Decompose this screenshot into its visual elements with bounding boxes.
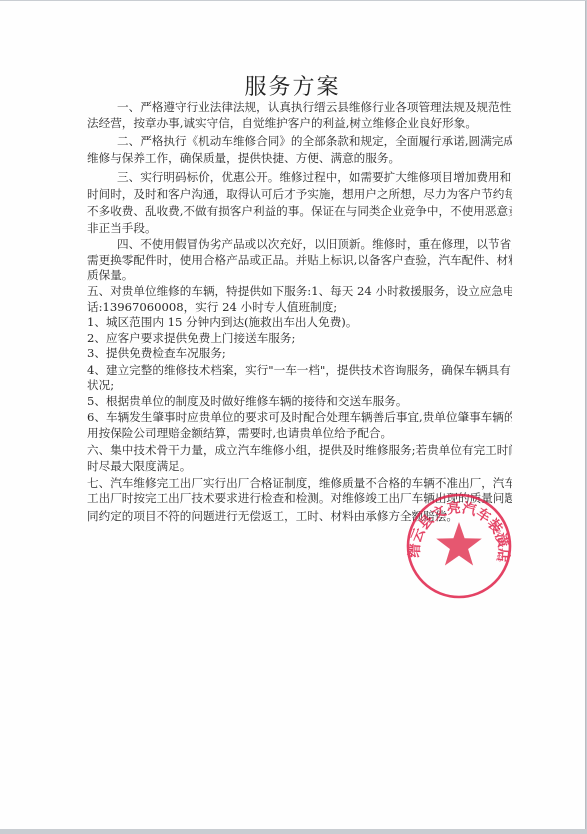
- paragraph-1-line-1: 一、严格遵守行业法律法规，认真执行缙云县维修行业各项管理法规及规范性文件，合: [117, 99, 512, 115]
- service-item-2: 2、应客户要求提供免费上门接送车服务;: [87, 330, 512, 346]
- paragraph-3-line-1: 三、实行明码标价，优惠公开。维修过程中，如需要扩大维修项目增加费用和延长维修: [117, 169, 512, 185]
- paragraph-4-line-2: 需更换零配件时，使用合格产品或正品。并贴上标识,以备客户查验，汽车配件、材料应保: [87, 252, 512, 268]
- paragraph-3-line-2: 时间时，及时和客户沟通，取得认可后才予实施，想用户之所想，尽力为客户节约每一分钱…: [87, 186, 512, 202]
- paragraph-3-line-3: 不多收费、乱收费,不做有损客户利益的事。保证在与同类企业竞争中，不使用恶意竞价等: [87, 203, 512, 219]
- star-icon: [436, 522, 482, 566]
- paragraph-5-line-1: 五、对贵单位维修的车辆，特提供如下服务:1、每天 24 小时救援服务，设立应急电: [87, 283, 512, 299]
- document-page: 服务方案 一、严格遵守行业法律法规，认真执行缙云县维修行业各项管理法规及规范性文…: [0, 1, 586, 829]
- paragraph-3-line-4: 非正当手段。: [87, 220, 512, 236]
- paragraph-7-line-1: 七、汽车维修完工出厂实行出厂合格证制度，维修质量不合格的车辆不准出厂，汽车维修完: [87, 475, 512, 491]
- service-item-6-line-1: 6、车辆发生肇事时应贵单位的要求可及时配合处理车辆善后事宜,贵单位肇事车辆的维修…: [87, 409, 512, 425]
- paragraph-4-line-1: 四、不使用假冒伪劣产品或以次充好，以旧顶新。维修时，重在修理，以节省支出;确: [117, 236, 512, 252]
- paragraph-4-line-3: 质保量。: [87, 267, 512, 283]
- paragraph-1-line-2: 法经营，按章办事,诚实守信，自觉维护客户的利益,树立维修企业良好形象。: [87, 115, 512, 131]
- company-seal: 缙云县文亮汽车装潢店 33112210006853: [405, 492, 513, 600]
- paragraph-6-line-1: 六、集中技术骨干力量，成立汽车维修小组，提供及时维修服务;若贵单位有完工时间要求: [87, 442, 512, 458]
- service-item-1: 1、城区范围内 15 分钟内到达(施救出车出人免费)。: [87, 314, 512, 330]
- service-item-5: 5、根据贵单位的制度及时做好维修车辆的接待和交送车服务。: [87, 393, 512, 409]
- service-item-4-line-1: 4、建立完整的维修技术档案，实行"一车一档"，提供技术咨询服务，确保车辆具有良好…: [87, 362, 512, 378]
- document-title: 服务方案: [0, 75, 585, 101]
- paragraph-2-line-2: 维修与保养工作，确保质量，提供快捷、方便、满意的服务。: [87, 150, 512, 166]
- paragraph-2-line-1: 二、严格执行《机动车维修合同》的全部条款和规定，全面履行承诺,圆满完成车辆的: [117, 133, 512, 149]
- service-item-3: 3、提供免费检查车况服务;: [87, 345, 512, 361]
- paragraph-5-line-2: 话:13967060008，实行 24 小时专人值班制度;: [87, 299, 512, 315]
- service-item-4-line-2: 状况;: [87, 377, 512, 393]
- seal-icon: 缙云县文亮汽车装潢店 33112210006853: [405, 492, 513, 600]
- paragraph-6-line-2: 时尽最大限度满足。: [87, 458, 512, 474]
- service-item-6-line-2: 用按保险公司理赔金额结算，需要时,也请贵单位给予配合。: [87, 425, 512, 441]
